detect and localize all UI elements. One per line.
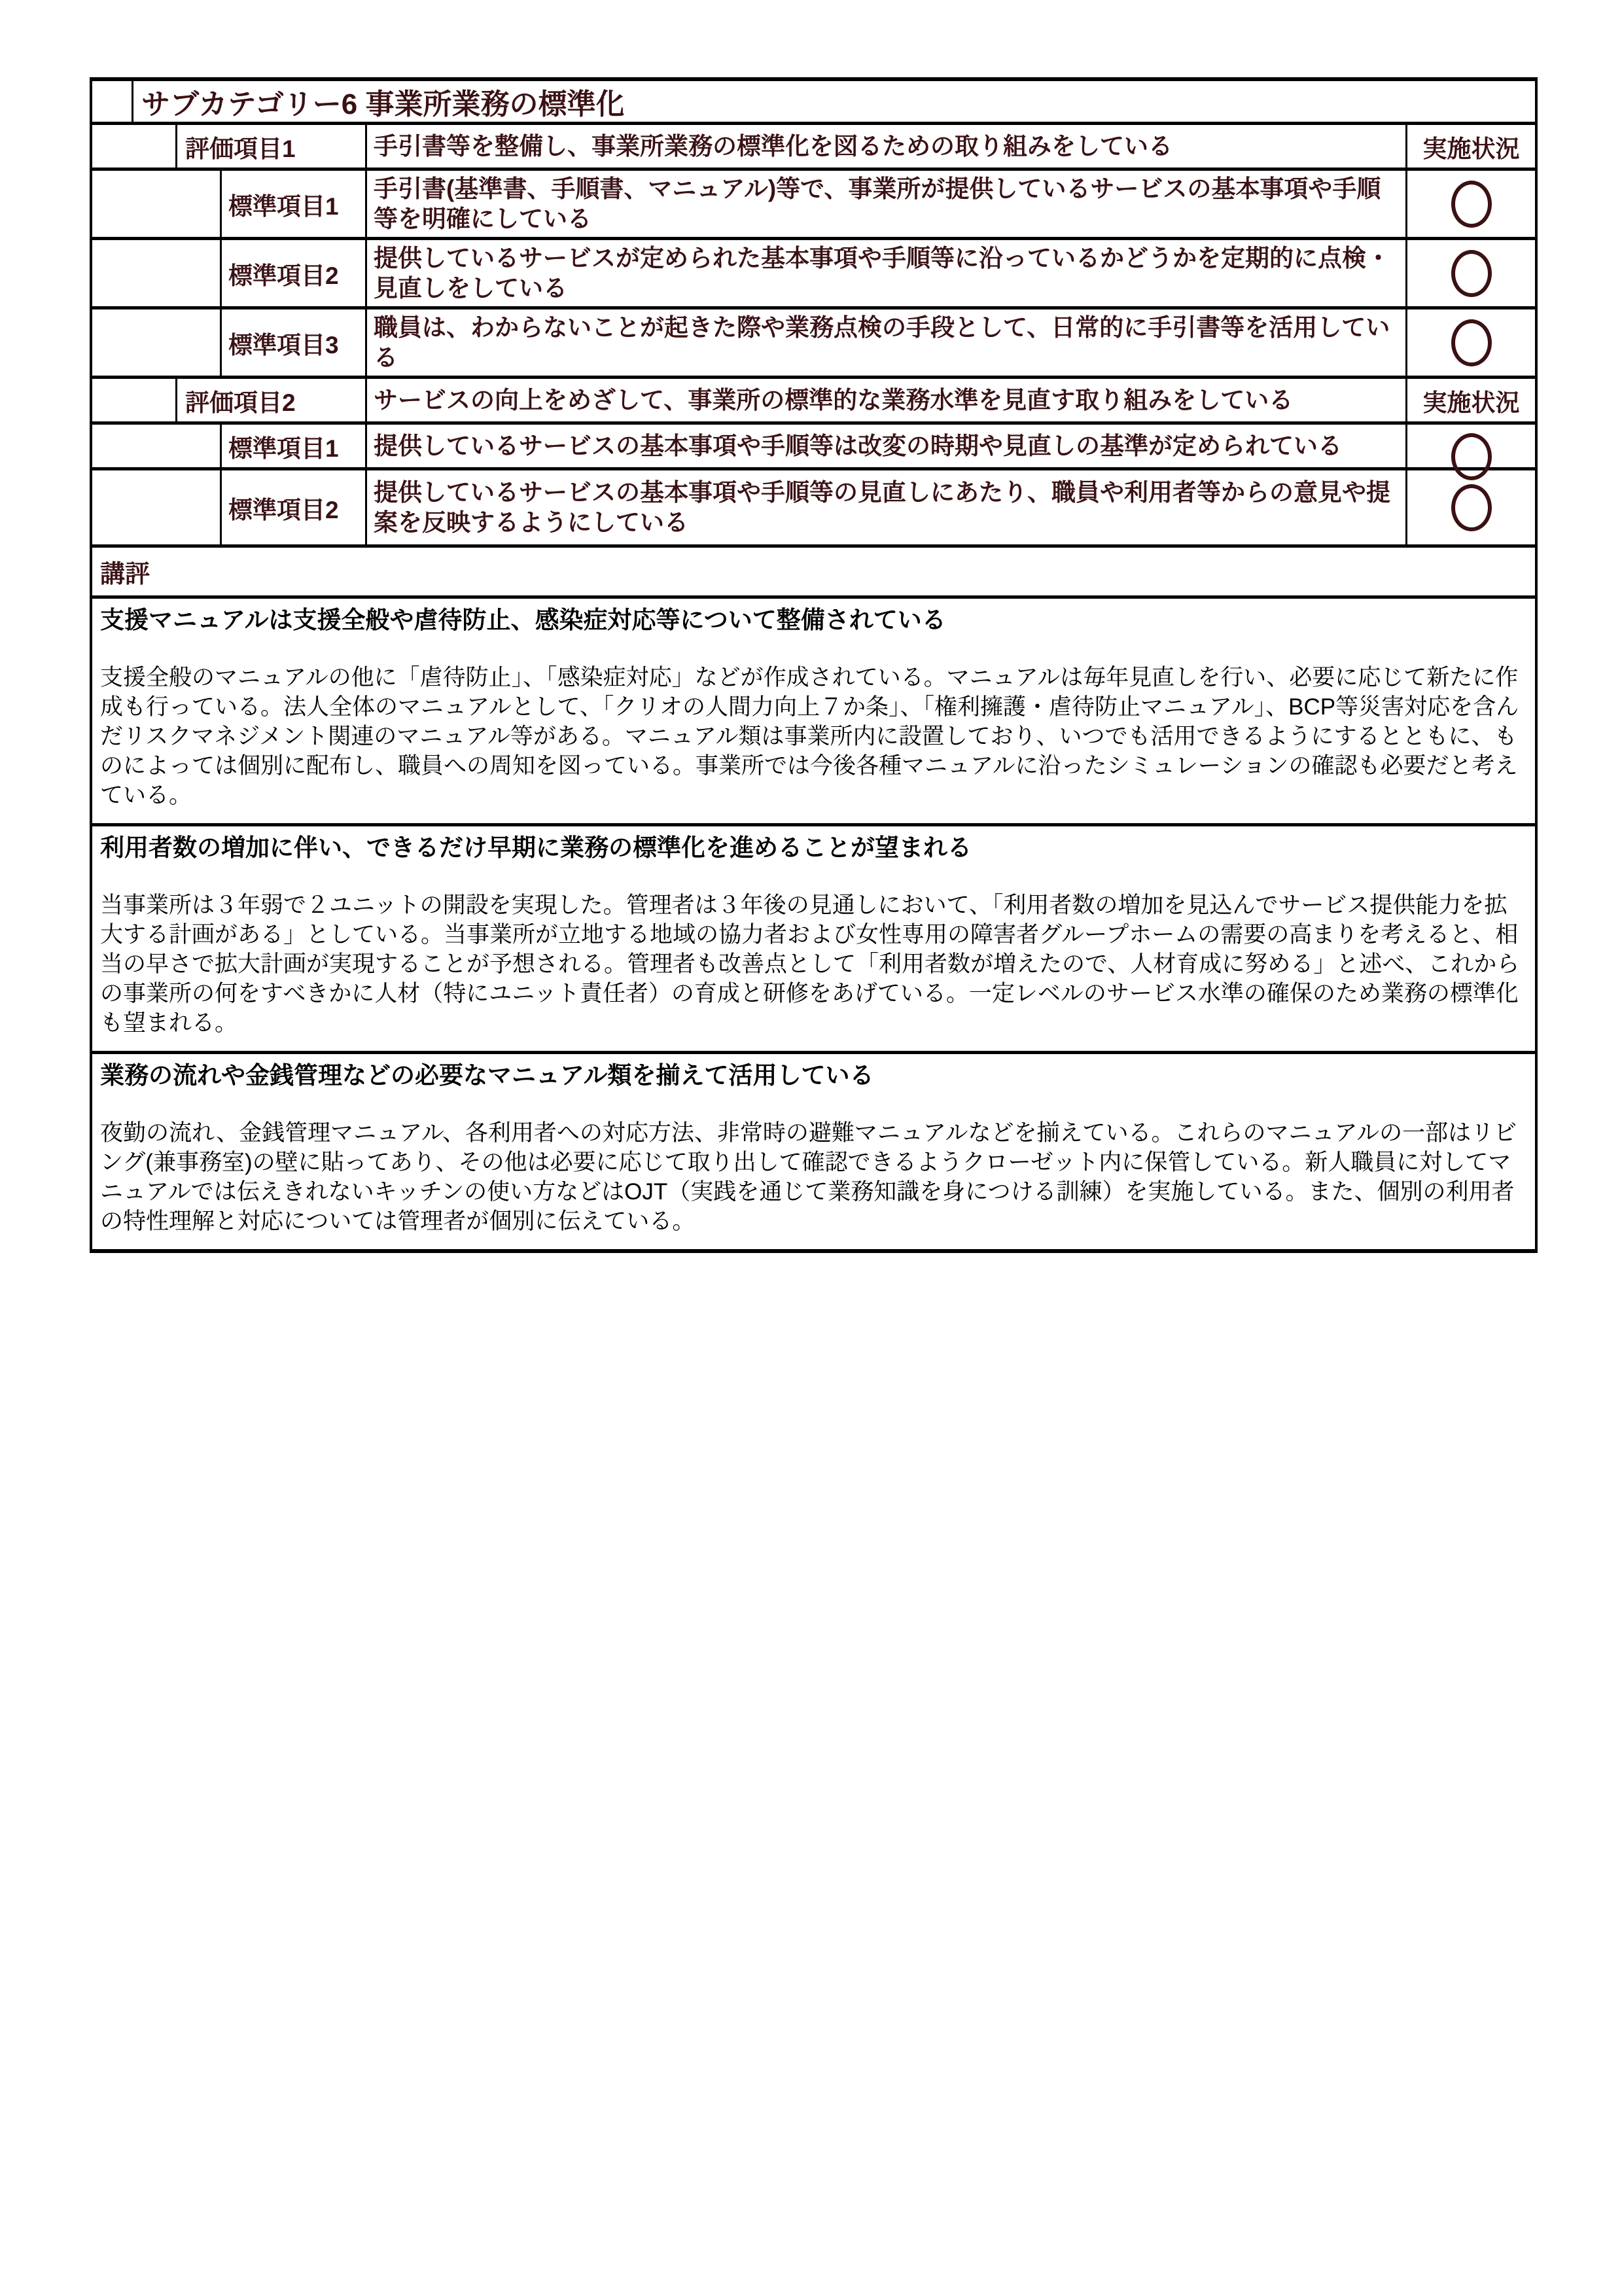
status-cell [1407, 309, 1535, 376]
std-item-text: 提供しているサービスの基本事項や手順等は改変の時期や見直しの基準が定められている [367, 425, 1407, 467]
review-section: 業務の流れや金銭管理などの必要なマニュアル類を揃えて活用している 夜勤の流れ、金… [92, 1054, 1535, 1249]
report-page: { "colors": { "accent_maroon": "#3A1114"… [0, 0, 1622, 2296]
status-circle-icon [1451, 484, 1492, 531]
review-section-row: 利用者数の増加に伴い、できるだけ早期に業務の標準化を進めることが望まれる 当事業… [92, 823, 1535, 1051]
std-item-row: 標準項目1 提供しているサービスの基本事項や手順等は改変の時期や見直しの基準が定… [92, 421, 1535, 467]
std-item-label: 標準項目1 [222, 171, 367, 237]
indent-cell [92, 125, 177, 168]
review-section: 利用者数の増加に伴い、できるだけ早期に業務の標準化を進めることが望まれる 当事業… [92, 826, 1535, 1051]
std-item-text: 提供しているサービスが定められた基本事項や手順等に沿っているかどうかを定期的に点… [367, 240, 1407, 306]
status-circle-icon [1451, 433, 1492, 480]
eval-item-2-row: 評価項目2 サービスの向上をめざして、事業所の標準的な業務水準を見直す取り組みを… [92, 376, 1535, 421]
eval-item-2-text: サービスの向上をめざして、事業所の標準的な業務水準を見直す取り組みをしている [367, 379, 1407, 421]
review-section: 支援マニュアルは支援全般や虐待防止、感染症対応等について整備されている 支援全般… [92, 599, 1535, 823]
std-item-text: 提供しているサービスの基本事項や手順等の見直しにあたり、職員や利用者等からの意見… [367, 470, 1407, 544]
status-cell [1407, 171, 1535, 237]
review-section-heading: 利用者数の増加に伴い、できるだけ早期に業務の標準化を進めることが望まれる [100, 833, 1526, 863]
std-item-row: 標準項目1 手引書(基準書、手順書、マニュアル)等で、事業所が提供しているサービ… [92, 168, 1535, 237]
eval-item-1-label: 評価項目1 [177, 125, 367, 168]
indent-cell [92, 171, 222, 237]
review-label-row: 講評 [92, 544, 1535, 595]
std-item-label: 標準項目2 [222, 470, 367, 544]
std-item-label: 標準項目1 [222, 425, 367, 467]
std-item-label: 標準項目2 [222, 240, 367, 306]
status-cell [1407, 470, 1535, 544]
status-circle-icon [1451, 250, 1492, 297]
std-item-row: 標準項目2 提供しているサービスの基本事項や手順等の見直しにあたり、職員や利用者… [92, 467, 1535, 544]
status-cell [1407, 240, 1535, 306]
eval-item-2-label: 評価項目2 [177, 379, 367, 421]
subcategory-row: サブカテゴリー6 事業所業務の標準化 [92, 81, 1535, 122]
review-section-heading: 業務の流れや金銭管理などの必要なマニュアル類を揃えて活用している [100, 1061, 1526, 1091]
std-item-text: 職員は、わからないことが起きた際や業務点検の手段として、日常的に手引書等を活用し… [367, 309, 1407, 376]
indent-cell [92, 379, 177, 421]
status-header: 実施状況 [1407, 125, 1535, 168]
review-label: 講評 [92, 548, 150, 595]
status-circle-icon [1451, 181, 1492, 228]
evaluation-table: サブカテゴリー6 事業所業務の標準化 評価項目1 手引書等を整備し、事業所業務の… [90, 77, 1538, 1253]
status-circle-icon [1451, 319, 1492, 366]
std-item-text: 手引書(基準書、手順書、マニュアル)等で、事業所が提供しているサービスの基本事項… [367, 171, 1407, 237]
indent-cell [92, 81, 133, 122]
eval-item-1-row: 評価項目1 手引書等を整備し、事業所業務の標準化を図るための取り組みをしている … [92, 122, 1535, 168]
review-section-row: 業務の流れや金銭管理などの必要なマニュアル類を揃えて活用している 夜勤の流れ、金… [92, 1051, 1535, 1249]
subcategory-title: サブカテゴリー6 事業所業務の標準化 [133, 81, 1535, 122]
indent-cell [92, 470, 222, 544]
eval-item-1-text: 手引書等を整備し、事業所業務の標準化を図るための取り組みをしている [367, 125, 1407, 168]
std-item-label: 標準項目3 [222, 309, 367, 376]
review-section-body: 支援全般のマニュアルの他に「虐待防止」、「感染症対応」などが作成されている。マニ… [100, 663, 1526, 810]
indent-cell [92, 309, 222, 376]
std-item-row: 標準項目2 提供しているサービスが定められた基本事項や手順等に沿っているかどうか… [92, 237, 1535, 306]
std-item-row: 標準項目3 職員は、わからないことが起きた際や業務点検の手段として、日常的に手引… [92, 306, 1535, 376]
review-section-body: 当事業所は３年弱で２ユニットの開設を実現した。管理者は３年後の見通しにおいて、「… [100, 891, 1526, 1038]
indent-cell [92, 240, 222, 306]
status-cell [1407, 425, 1535, 467]
review-section-row: 支援マニュアルは支援全般や虐待防止、感染症対応等について整備されている 支援全般… [92, 595, 1535, 823]
status-header: 実施状況 [1407, 379, 1535, 421]
review-section-body: 夜勤の流れ、金銭管理マニュアル、各利用者への対応方法、非常時の避難マニュアルなど… [100, 1118, 1526, 1236]
indent-cell [92, 425, 222, 467]
review-section-heading: 支援マニュアルは支援全般や虐待防止、感染症対応等について整備されている [100, 605, 1526, 635]
